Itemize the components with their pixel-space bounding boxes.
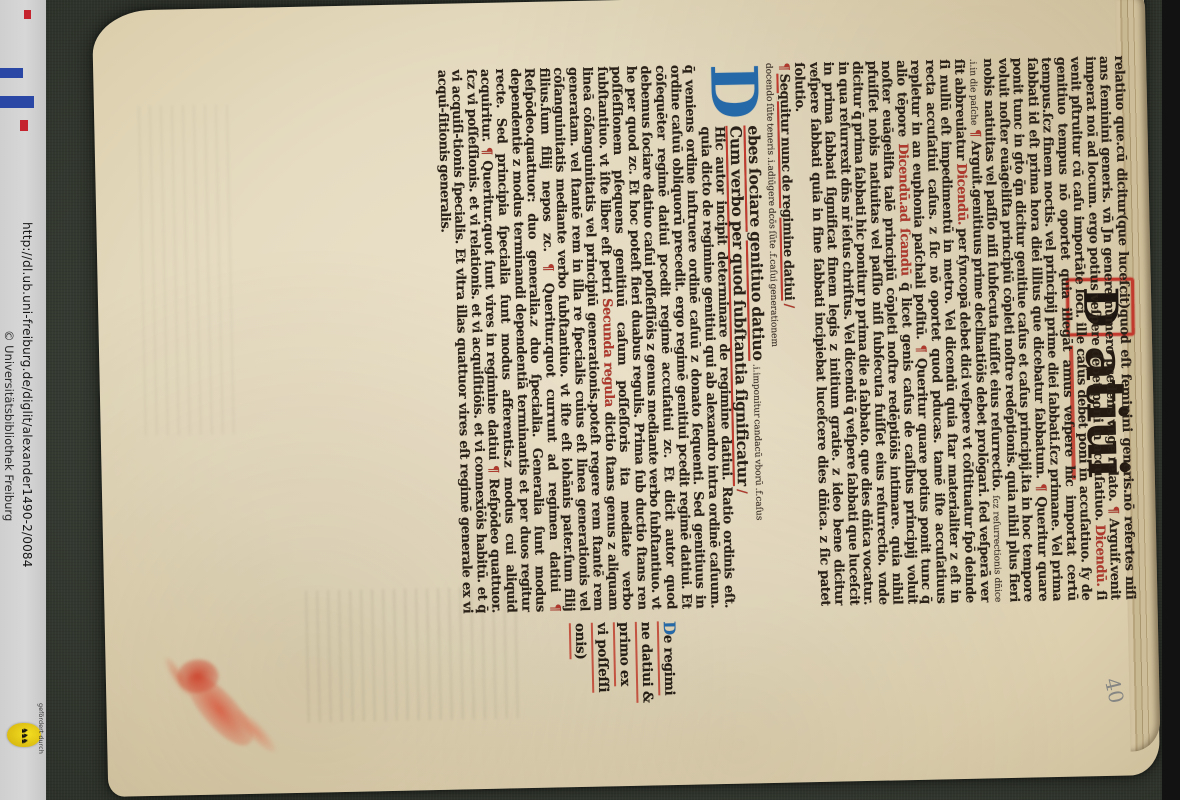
logo-blue-bar-short: [0, 68, 23, 78]
folio-number: 40: [1100, 675, 1129, 705]
margin-note-initial: D: [660, 621, 679, 635]
page-text: relatiuo que.cū dicitur(que luceſcit)quo…: [239, 55, 1136, 617]
book-page: D atiui 40 relatiuo que.cū dicitur(que l…: [92, 0, 1160, 797]
margin-note-line: ne datiui &: [635, 621, 656, 703]
funding-label: gefördert durch: [37, 703, 45, 754]
drop-cap-initial: D: [706, 63, 760, 119]
margin-note: De regimine datiui &primo exvi poſſeſſio…: [566, 621, 682, 781]
text-segment: q̄ licet genis caſus de caſibus principi…: [791, 60, 919, 606]
text-segment: ¶: [1106, 506, 1121, 514]
text-segment: ¶: [777, 62, 792, 70]
scan-left-bar: © Universitätsbibliothek Freiburg http:/…: [0, 0, 46, 800]
text-segment: ¶: [967, 129, 982, 137]
text-segment: /: [782, 303, 797, 308]
logo-blue-bar-long: [0, 96, 34, 108]
margin-note-line: onis): [569, 623, 589, 660]
photo-area: D atiui 40 relatiuo que.cū dicitur(que l…: [46, 0, 1162, 800]
text-segment: ¶: [1033, 483, 1048, 491]
text-segment: ¶: [540, 263, 555, 271]
bw-coat-of-arms: ♞♞♞: [7, 723, 41, 747]
scan-url-label: http://dl.ub.uni-freiburg.de/diglit/alex…: [20, 222, 34, 568]
text-segment: /: [734, 489, 749, 494]
text-segment: .i.imponitur candacū vborū .f.caſus: [751, 364, 764, 521]
copyright-label-left: © Universitätsbibliothek Freiburg: [2, 330, 16, 521]
shield-lions-icon: ♞♞♞: [20, 727, 28, 743]
text-segment: Dicendū.: [953, 163, 969, 225]
text-segment: ¶: [479, 147, 494, 155]
text-segment: ¶: [486, 465, 501, 473]
text-segment: Dicendū.: [1092, 525, 1108, 587]
margin-note-line: vi poſſeſſi: [591, 622, 611, 692]
show-through: [132, 104, 235, 436]
margin-note-line: primo ex: [613, 622, 633, 686]
logo-red-square-top: [24, 10, 31, 19]
red-ink-smudge: [161, 656, 271, 770]
scan-right-bar: [1162, 0, 1180, 800]
text-segment: Secunda regula: [599, 298, 616, 407]
text-segment: ¶: [913, 345, 928, 353]
page-content-rotated: D atiui 40 relatiuo que.cū dicitur(que l…: [92, 0, 1160, 797]
scan-viewer: { "frame": { "left_bar": { "url_text": "…: [0, 0, 1180, 800]
text-segment: ¶: [547, 603, 562, 611]
margin-note-line: De regimi: [657, 621, 681, 696]
logo-red-square-bottom: [20, 120, 28, 131]
